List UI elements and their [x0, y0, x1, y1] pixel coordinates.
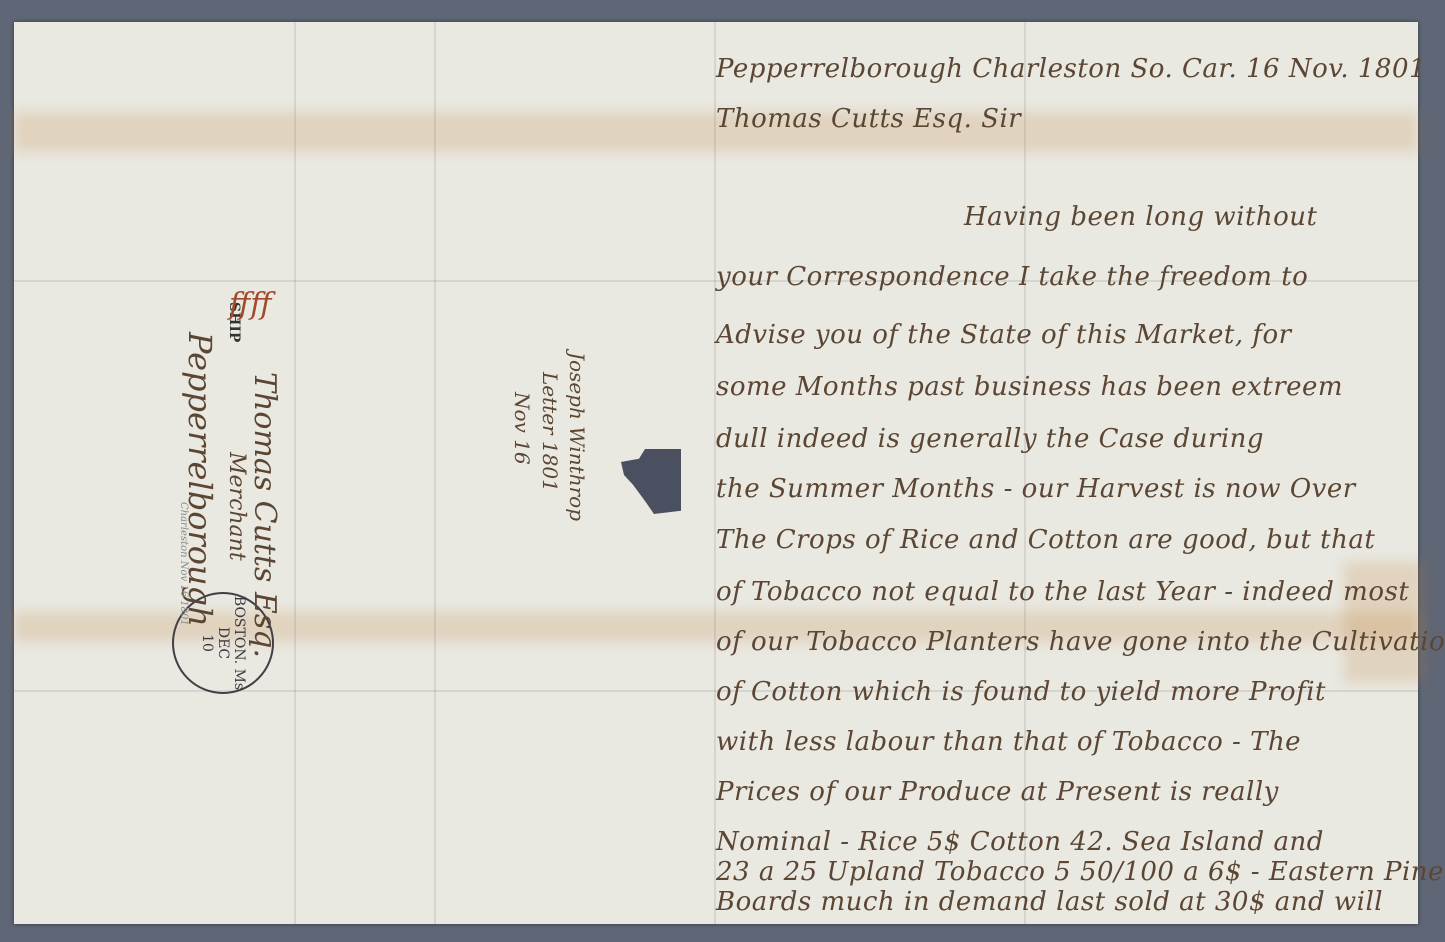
- letter-line: dull indeed is generally the Case during: [716, 424, 1264, 454]
- letter-line: of our Tobacco Planters have gone into t…: [716, 627, 1445, 657]
- pencil-note: Charleston Nov 16 1801: [178, 502, 189, 626]
- letter-line: Having been long without: [964, 202, 1318, 232]
- docket-line: Joseph Winthrop: [565, 352, 589, 521]
- paper-hole: [621, 449, 681, 514]
- letter-line: Pepperrelborough Charleston So. Car. 16 …: [716, 54, 1426, 84]
- fold-line: [294, 22, 296, 924]
- addressee-title: Merchant: [224, 452, 249, 561]
- letter-line: of Tobacco not equal to the last Year - …: [716, 577, 1409, 607]
- letter-line: the Summer Months - our Harvest is now O…: [716, 474, 1356, 504]
- rate-mark: ffff: [229, 287, 272, 322]
- letter-line: Nominal - Rice 5$ Cotton 42. Sea Island …: [716, 827, 1324, 857]
- letter-line: of Cotton which is found to yield more P…: [716, 677, 1326, 707]
- addressee: Thomas Cutts Esq.: [247, 372, 282, 658]
- letter-line: your Correspondence I take the freedom t…: [716, 262, 1308, 292]
- letter-line: with less labour than that of Tobacco - …: [716, 727, 1301, 757]
- letter-line: Thomas Cutts Esq. Sir: [716, 104, 1021, 134]
- letter-line: 23 a 25 Upland Tobacco 5 50/100 a 6$ - E…: [716, 857, 1445, 887]
- letter-line: The Crops of Rice and Cotton are good, b…: [716, 525, 1375, 555]
- docket-line: Letter 1801: [538, 372, 562, 492]
- letter-line: Boards much in demand last sold at 30$ a…: [716, 887, 1383, 917]
- letter-line: some Months past business has been extre…: [716, 372, 1343, 402]
- docket-line: Nov 16: [510, 392, 534, 465]
- letter-line: Prices of our Produce at Present is real…: [716, 777, 1279, 807]
- letter-line: Advise you of the State of this Market, …: [716, 320, 1292, 350]
- fold-line: [434, 22, 436, 924]
- letter-sheet: Pepperrelborough Charleston So. Car. 16 …: [14, 22, 1418, 924]
